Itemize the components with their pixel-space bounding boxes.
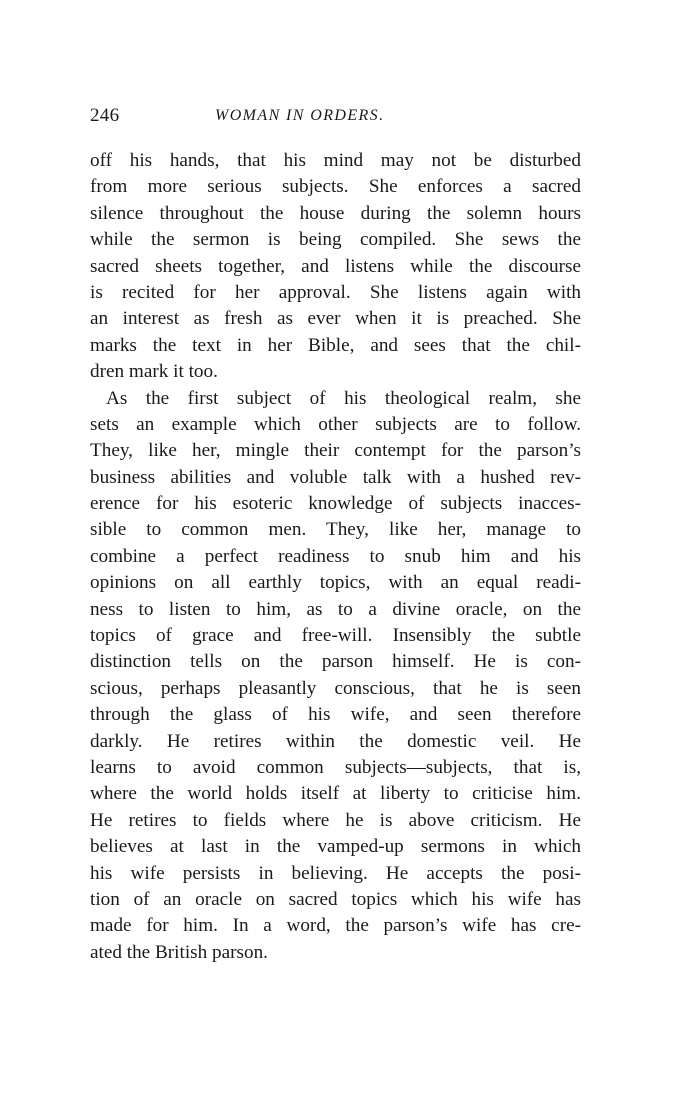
paragraph-start-line: As the first subject of his theological … <box>90 386 581 412</box>
text-line: erence for his esoteric knowledge of sub… <box>90 491 581 517</box>
text-line: sets an example which other subjects are… <box>90 412 581 438</box>
text-line: sible to common men. They, like her, man… <box>90 517 581 543</box>
text-line: believes at last in the vamped-up sermon… <box>90 834 581 860</box>
text-line: ness to listen to him, as to a divine or… <box>90 597 581 623</box>
text-line: distinction tells on the parson himself.… <box>90 649 581 675</box>
text-line: off his hands, that his mind may not be … <box>90 148 581 174</box>
text-line: opinions on all earthly topics, with an … <box>90 570 581 596</box>
paragraph-end-line: ated the British parson. <box>90 940 581 966</box>
running-title: WOMAN IN ORDERS. <box>215 103 385 129</box>
book-page: 246 WOMAN IN ORDERS. off his hands, that… <box>0 0 688 1096</box>
text-line: his wife persists in believing. He accep… <box>90 861 581 887</box>
text-line: from more serious subjects. She enforces… <box>90 174 581 200</box>
text-line: combine a perfect readiness to snub him … <box>90 544 581 570</box>
text-line: sacred sheets together, and listens whil… <box>90 254 581 280</box>
running-head: 246 WOMAN IN ORDERS. <box>90 103 581 129</box>
text-line: through the glass of his wife, and seen … <box>90 702 581 728</box>
text-line: He retires to fields where he is above c… <box>90 808 581 834</box>
text-line: where the world holds itself at liberty … <box>90 781 581 807</box>
text-line: learns to avoid common subjects—subjects… <box>90 755 581 781</box>
text-line: tion of an oracle on sacred topics which… <box>90 887 581 913</box>
paragraph-end-line: dren mark it too. <box>90 359 581 385</box>
text-line: topics of grace and free-will. Insensibl… <box>90 623 581 649</box>
text-line: while the sermon is being compiled. She … <box>90 227 581 253</box>
page-number: 246 <box>90 103 119 129</box>
body-text: off his hands, that his mind may not be … <box>90 148 581 966</box>
text-line: They, like her, mingle their contempt fo… <box>90 438 581 464</box>
text-line: business abilities and voluble talk with… <box>90 465 581 491</box>
text-line: made for him. In a word, the parson’s wi… <box>90 913 581 939</box>
text-line: is recited for her approval. She listens… <box>90 280 581 306</box>
text-line: silence throughout the house during the … <box>90 201 581 227</box>
text-line: scious, perhaps pleasantly conscious, th… <box>90 676 581 702</box>
text-line: marks the text in her Bible, and sees th… <box>90 333 581 359</box>
text-line: darkly. He retires within the domestic v… <box>90 729 581 755</box>
text-line: an interest as fresh as ever when it is … <box>90 306 581 332</box>
